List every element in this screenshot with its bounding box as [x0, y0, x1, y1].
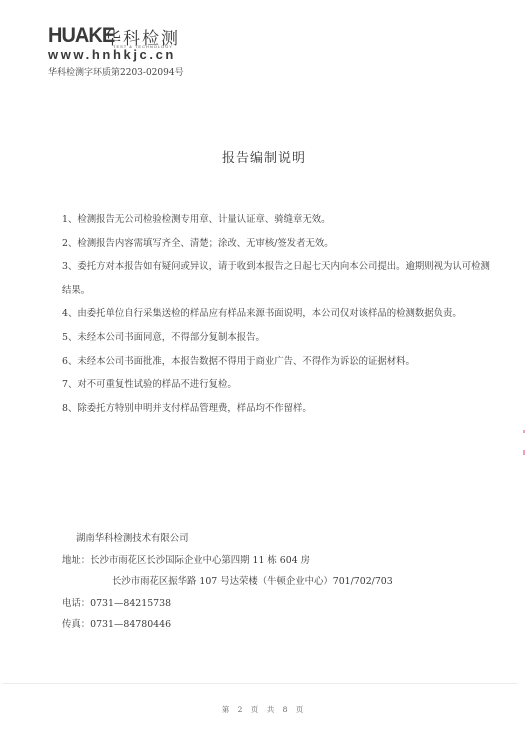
seal-edge-mark — [523, 450, 525, 455]
notes-list: 1、检测报告无公司检验检测专用章、计量认证章、骑缝章无效。 2、检测报告内容需填… — [62, 208, 492, 420]
seal-edge-mark — [523, 430, 525, 433]
address-1: 长沙市雨花区长沙国际企业中心第四期 11 栋 604 房 — [90, 555, 310, 566]
note-item: 1、检测报告无公司检验检测专用章、计量认证章、骑缝章无效。 — [62, 208, 492, 232]
company-contact-block: 湖南华科检测技术有限公司 地址：长沙市雨花区长沙国际企业中心第四期 11 栋 6… — [62, 528, 482, 636]
note-item: 4、由委托单位自行采集送检的样品应有样品来源书面说明，本公司仅对该样品的检测数据… — [62, 302, 492, 326]
page-indicator: 第 2 页 共 8 页 — [0, 704, 528, 715]
page-title: 报告编制说明 — [0, 147, 528, 166]
note-item: 7、对不可重复性试验的样品不进行复检。 — [62, 373, 492, 397]
note-item: 6、未经本公司书面批准，本报告数据不得用于商业广告、不得作为诉讼的证据材料。 — [62, 350, 492, 374]
address-line-1: 地址：长沙市雨花区长沙国际企业中心第四期 11 栋 604 房 — [62, 550, 482, 572]
report-number: 华科检测字环质第2203-02094号 — [48, 65, 184, 78]
note-item: 2、检测报告内容需填写齐全、清楚；涂改、无审核/签发者无效。 — [62, 232, 492, 256]
footer-divider — [2, 683, 518, 684]
note-item: 5、未经本公司书面同意，不得部分复制本报告。 — [62, 326, 492, 350]
company-website: www.hnhkjc.cn — [48, 47, 176, 62]
note-item: 8、除委托方特别申明并支付样品管理费，样品均不作留样。 — [62, 397, 492, 421]
phone: 电话：0731—84215738 — [62, 593, 482, 615]
address-line-2: 长沙市雨花区振华路 107 号达荣楼（牛顿企业中心）701/702/703 — [62, 571, 482, 593]
fax: 传真：0731—84780446 — [62, 614, 482, 636]
company-name: 湖南华科检测技术有限公司 — [62, 528, 482, 550]
address-label: 地址： — [62, 555, 90, 566]
note-item: 3、委托方对本报告如有疑问或异议，请于收到本报告之日起七天内向本公司提出。逾期则… — [62, 255, 492, 302]
